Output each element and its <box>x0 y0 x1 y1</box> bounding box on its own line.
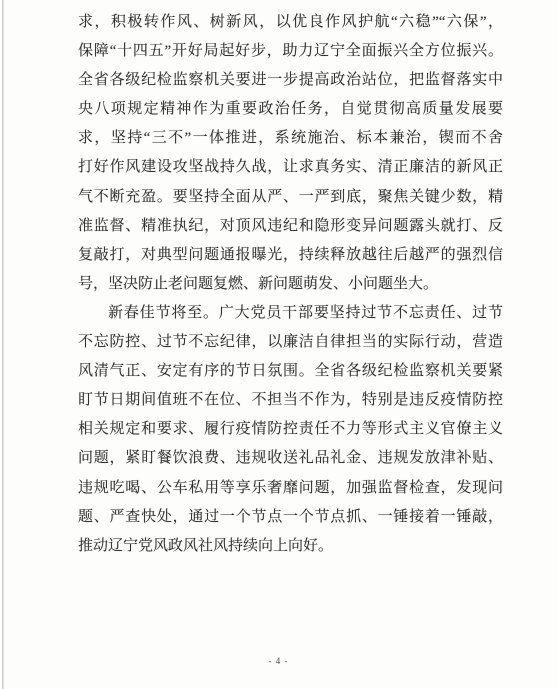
paragraph: 新春佳节将至。广大党员干部要坚持过节不忘责任、过节 不忘防控、过节不忘纪律，以廉… <box>78 299 503 561</box>
text-line: 求，积极转作风、树新风，以优良作风护航“六稳”“六保”， <box>78 8 503 37</box>
scan-edge-line <box>2 0 4 689</box>
text-line: 央八项规定精神作为重要政治任务，自觉贯彻高质量发展要 <box>78 95 503 124</box>
text-line: 风清气正、安定有序的节日氛围。全省各级纪检监察机关要紧 <box>78 357 503 386</box>
page-number: - 4 - <box>0 656 557 666</box>
text-line: 气不断充盈。要坚持全面从严、一严到底，聚焦关键少数，精 <box>78 183 503 212</box>
paragraph: 求，积极转作风、树新风，以优良作风护航“六稳”“六保”， 保障“十四五”开好局起… <box>78 8 503 299</box>
text-line: 不忘防控、过节不忘纪律，以廉洁自律担当的实际行动，营造 <box>78 328 503 357</box>
text-line: 问题，紧盯餐饮浪费、违规收送礼品礼金、违规发放津补贴、 <box>78 444 503 473</box>
text-line: 盯节日期间值班不在位、不担当不作为，特别是违反疫情防控 <box>78 386 503 415</box>
text-line: 打好作风建设攻坚战持久战，让求真务实、清正廉洁的新风正 <box>78 153 503 182</box>
text-line: 号，坚决防止老问题复燃、新问题萌发、小问题坐大。 <box>78 270 503 299</box>
text-line: 题、严查快处，通过一个节点一个节点抓、一锤接着一锤敲， <box>78 503 503 532</box>
document-body: 求，积极转作风、树新风，以优良作风护航“六稳”“六保”， 保障“十四五”开好局起… <box>78 8 503 561</box>
text-line: 准监督、精准执纪，对顶风违纪和隐形变异问题露头就打、反 <box>78 212 503 241</box>
text-line: 复敲打，对典型问题通报曝光，持续释放越往后越严的强烈信 <box>78 241 503 270</box>
text-line: 保障“十四五”开好局起好步，助力辽宁全面振兴全方位振兴。 <box>78 37 503 66</box>
text-line: 新春佳节将至。广大党员干部要坚持过节不忘责任、过节 <box>78 299 503 328</box>
text-line: 全省各级纪检监察机关要进一步提高政治站位，把监督落实中 <box>78 66 503 95</box>
text-line: 求，坚持“三不”一体推进，系统施治、标本兼治，锲而不舍 <box>78 124 503 153</box>
text-line: 违规吃喝、公车私用等享乐奢靡问题，加强监督检查，发现问 <box>78 474 503 503</box>
text-line: 相关规定和要求、履行疫情防控责任不力等形式主义官僚主义 <box>78 415 503 444</box>
document-page: 求，积极转作风、树新风，以优良作风护航“六稳”“六保”， 保障“十四五”开好局起… <box>0 0 557 689</box>
text-line: 推动辽宁党风政风社风持续向上向好。 <box>78 532 503 561</box>
